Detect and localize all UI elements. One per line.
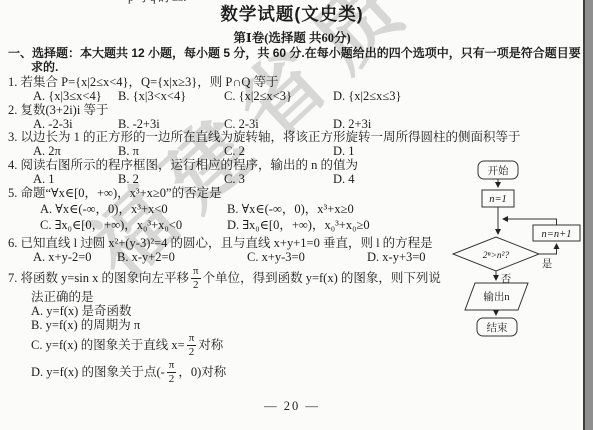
flowchart-condition-label: 2ⁿ>n²? — [483, 251, 510, 261]
flowchart-loop-wire — [503, 219, 557, 225]
option-c-post: 对称 — [198, 338, 223, 352]
option: A. 1 — [33, 172, 55, 187]
question-5-stem: 5. 命题“∀x∈[0，+∞)，x³+x≥0”的否定是 — [8, 186, 222, 201]
fraction-numerator: π — [187, 333, 197, 346]
option: C. 2 — [224, 144, 245, 159]
question-7-option-a: A. y=f(x) 是奇函数 — [31, 304, 131, 319]
page-subtitle: 第Ⅰ卷(选择题 共60分) — [0, 31, 584, 46]
option: C. {x|2≤x<3} — [224, 89, 292, 104]
page-title: 数学试题(文史类) — [0, 7, 584, 22]
scan-right-border — [583, 0, 593, 430]
question-7-stem-line2: 法正确的是 — [31, 290, 94, 305]
fraction-denominator: 2 — [187, 346, 197, 358]
option-d-pre: D. y=f(x) 的图象关于点(- — [31, 365, 165, 379]
option: B. π — [118, 144, 139, 159]
flowchart-start-label: 开始 — [488, 164, 509, 177]
option: A. {x|3≤x<4} — [33, 89, 102, 104]
fraction-denominator: 2 — [167, 373, 177, 385]
fraction: π2 — [167, 360, 177, 385]
section-header-line2: 求的. — [31, 60, 58, 75]
fraction-numerator: π — [191, 266, 201, 279]
option: D. {x|2≤x≤3} — [333, 89, 402, 104]
fraction: π2 — [187, 333, 197, 358]
option: A. 2π — [33, 144, 61, 159]
exam-page: 福建省质 p 与 q 的 ≥3. 数学试题(文史类) 第Ⅰ卷(选择题 共60分)… — [0, 0, 593, 430]
option: B. ∀x∈(-∞，0)，x³+x≥0 — [227, 202, 354, 217]
option: B. x-y+2=0 — [117, 250, 175, 265]
fraction-denominator: 2 — [191, 279, 201, 291]
option: A. x+y-2=0 — [33, 250, 92, 265]
option: D. ∃x₀∈[0，+∞)，x₀³+x₀≥0 — [227, 218, 370, 233]
question-7-option-b: B. y=f(x) 的周期为 π — [31, 318, 140, 333]
flowchart-init-label: n=1 — [489, 194, 507, 205]
fraction: π2 — [191, 266, 201, 291]
option: C. ∃x₀∈[0，+∞)，x₀³+x₀<0 — [40, 218, 182, 233]
page-number: — 20 — — [0, 399, 584, 414]
question-2-stem: 2. 复数(3+2i)i 等于 — [8, 103, 108, 118]
question-3-stem: 3. 以边长为 1 的正方形的一边所在直线为旋转轴，将该正方形旋转一周所得圆柱的… — [8, 130, 521, 145]
option: D. x-y+3=0 — [367, 250, 426, 265]
flowchart-end-label: 结束 — [487, 321, 508, 334]
option: B. {x|3<x<4} — [118, 89, 186, 104]
question-7-option-c: C. y=f(x) 的图象关于直线 x=π2对称 — [31, 333, 223, 358]
fraction-numerator: π — [167, 360, 177, 373]
flowchart-yes-wire — [539, 244, 557, 254]
flowchart: 开始 n=1 n=n+1 2ⁿ>n²? 是 否 输出n 结束 — [448, 155, 593, 397]
option-d-post: ，0)对称 — [178, 365, 226, 379]
question-7-option-d: D. y=f(x) 的图象关于点(-π2，0)对称 — [31, 360, 226, 385]
option: B. 2 — [118, 172, 139, 187]
question-7-stem-pre: 7. 将函数 y=sin x 的图象向左平移 — [8, 271, 189, 285]
option: C. 3 — [224, 172, 245, 187]
question-6-stem: 6. 已知直线 l 过圆 x²+(y-3)²=4 的圆心，且与直线 x+y+1=… — [8, 236, 433, 251]
question-1-stem: 1. 若集合 P={x|2≤x<4}，Q={x|x≥3}，则 P∩Q 等于 — [8, 75, 278, 90]
question-7-stem: 7. 将函数 y=sin x 的图象向左平移π2个单位，得到函数 y=f(x) … — [8, 266, 441, 291]
option-c-pre: C. y=f(x) 的图象关于直线 x= — [31, 338, 185, 352]
option: D. 1 — [333, 144, 355, 159]
flowchart-output-label: 输出n — [483, 290, 510, 303]
question-7-stem-post: 个单位，得到函数 y=f(x) 的图象，则下列说 — [203, 271, 441, 285]
option: D. 4 — [333, 172, 355, 187]
question-4-stem: 4. 阅读右图所示的程序框图，运行相应的程序，输出的 n 的值为 — [8, 158, 358, 173]
option: C. x+y-3=0 — [247, 250, 305, 265]
cropped-text-fragment: p 与 q 的 ≥3. — [128, 0, 186, 6]
option: A. ∀x∈(-∞，0)，x³+x<0 — [40, 202, 168, 217]
flowchart-increment-label: n=n+1 — [542, 229, 572, 240]
flowchart-yes-label: 是 — [542, 258, 553, 270]
section-header-line1: 一、选择题：本大题共 12 小题，每小题 5 分，共 60 分.在每小题给出的四… — [8, 46, 581, 61]
